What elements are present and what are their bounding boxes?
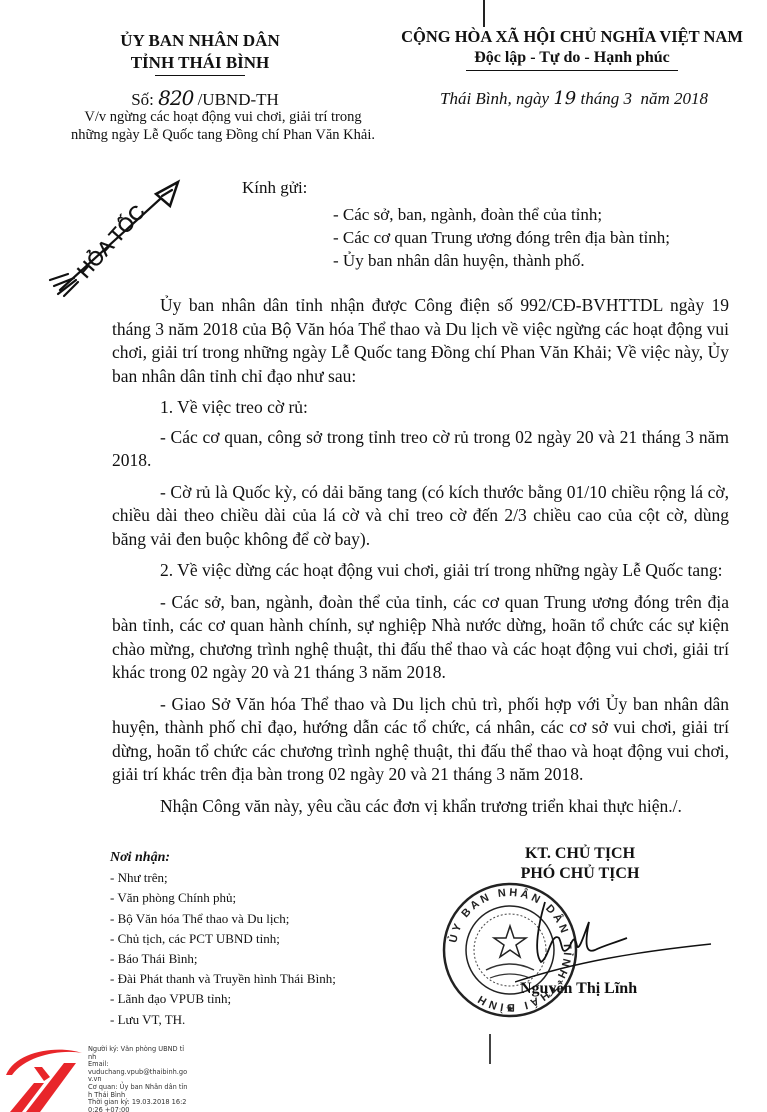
document-body: Ủy ban nhân dân tỉnh nhận được Công điện… [112,294,729,826]
ds-email: vuduchang.vpub@thaibinh.gov.vn [88,1069,188,1084]
distribution-item: - Báo Thái Bình; [110,949,336,969]
digital-signature-logo-icon [4,1045,86,1112]
addressee-list: - Các sở, ban, ngành, đoàn thể của tỉnh;… [333,203,670,272]
section-heading: 2. Về việc dừng các hoạt động vui chơi, … [112,559,729,583]
national-header: CỘNG HÒA XÃ HỘI CHỦ NGHĨA VIỆT NAM Độc l… [392,26,752,71]
document-subject: V/v ngừng các hoạt động vui chơi, giải t… [58,108,388,144]
body-paragraph: - Cờ rủ là Quốc kỳ, có dải băng tang (có… [112,481,729,552]
addressee-item: - Các cơ quan Trung ương đóng trên địa b… [333,226,670,249]
addressee-item: - Ủy ban nhân dân huyện, thành phố. [333,249,670,272]
ds-time: Thời gian ký: 19.03.2018 16:20:26 +07:00 [88,1099,188,1112]
issuing-agency-header: ỦY BAN NHÂN DÂN TỈNH THÁI BÌNH [80,30,320,76]
signature-block: KT. CHỦ TỊCH PHÓ CHỦ TỊCH [495,844,665,884]
ds-agency: Cơ quan: Ủy ban Nhân dân tỉnh Thái Bình [88,1084,188,1099]
document-number: Số: 820 /UBND-TH [60,86,350,110]
signer-name: Nguyễn Thị Lĩnh [520,980,637,998]
nation-name: CỘNG HÒA XÃ HỘI CHỦ NGHĨA VIỆT NAM [392,26,752,48]
addressee-label: Kính gửi: [242,178,307,198]
digital-signature-info: Người ký: Văn phòng UBND tỉnh Email: vud… [88,1046,188,1112]
ds-signer: Người ký: Văn phòng UBND tỉnh [88,1046,188,1061]
doc-number-suffix: /UBND-TH [198,90,279,109]
agency-name-line1: ỦY BAN NHÂN DÂN [80,30,320,52]
date-suffix: tháng 3 năm 2018 [581,89,709,108]
signer-role-line1: KT. CHỦ TỊCH [495,844,665,864]
distribution-item: - Chủ tịch, các PCT UBND tỉnh; [110,929,336,949]
distribution-item: - Như trên; [110,868,336,888]
motto-underline [466,70,678,71]
distribution-title: Nơi nhận: [110,848,336,868]
national-motto: Độc lập - Tự do - Hạnh phúc [392,48,752,68]
body-paragraph: - Giao Sở Văn hóa Thể thao và Du lịch ch… [112,693,729,787]
distribution-item: - Bộ Văn hóa Thể thao và Du lịch; [110,909,336,929]
distribution-item: - Lãnh đạo VPUB tỉnh; [110,989,336,1009]
closing-paragraph: Nhận Công văn này, yêu cầu các đơn vị kh… [112,795,729,819]
subject-line: V/v ngừng các hoạt động vui chơi, giải t… [58,108,388,126]
section-heading: 1. Về việc treo cờ rủ: [112,396,729,420]
issue-date: Thái Bình, ngày 19 tháng 3 năm 2018 [440,88,760,109]
distribution-item: - Văn phòng Chính phủ; [110,888,336,908]
doc-number-handwritten: 820 [158,86,193,110]
body-paragraph: - Các sở, ban, ngành, đoàn thể của tỉnh,… [112,591,729,685]
subject-line: những ngày Lễ Quốc tang Đồng chí Phan Vă… [58,126,388,144]
svg-text:★: ★ [506,1004,515,1015]
pen-mark [483,0,485,27]
urgent-stamp-arrow-icon: HỎA TỐC [38,168,188,298]
svg-text:HỎA TỐC: HỎA TỐC [72,200,150,283]
distribution-list: Nơi nhận: - Như trên; - Văn phòng Chính … [110,848,336,1030]
body-paragraph: Ủy ban nhân dân tỉnh nhận được Công điện… [112,294,729,388]
body-paragraph: - Các cơ quan, công sở trong tỉnh treo c… [112,426,729,473]
pen-mark [489,1034,491,1064]
doc-number-prefix: Số: [131,90,154,109]
agency-name-line2: TỈNH THÁI BÌNH [80,52,320,74]
agency-underline [155,75,245,76]
date-prefix: Thái Bình, ngày [440,89,549,108]
date-day-handwritten: 19 [553,88,576,109]
distribution-item: - Lưu VT, TH. [110,1010,336,1030]
distribution-item: - Đài Phát thanh và Truyền hình Thái Bìn… [110,969,336,989]
addressee-item: - Các sở, ban, ngành, đoàn thể của tỉnh; [333,203,670,226]
